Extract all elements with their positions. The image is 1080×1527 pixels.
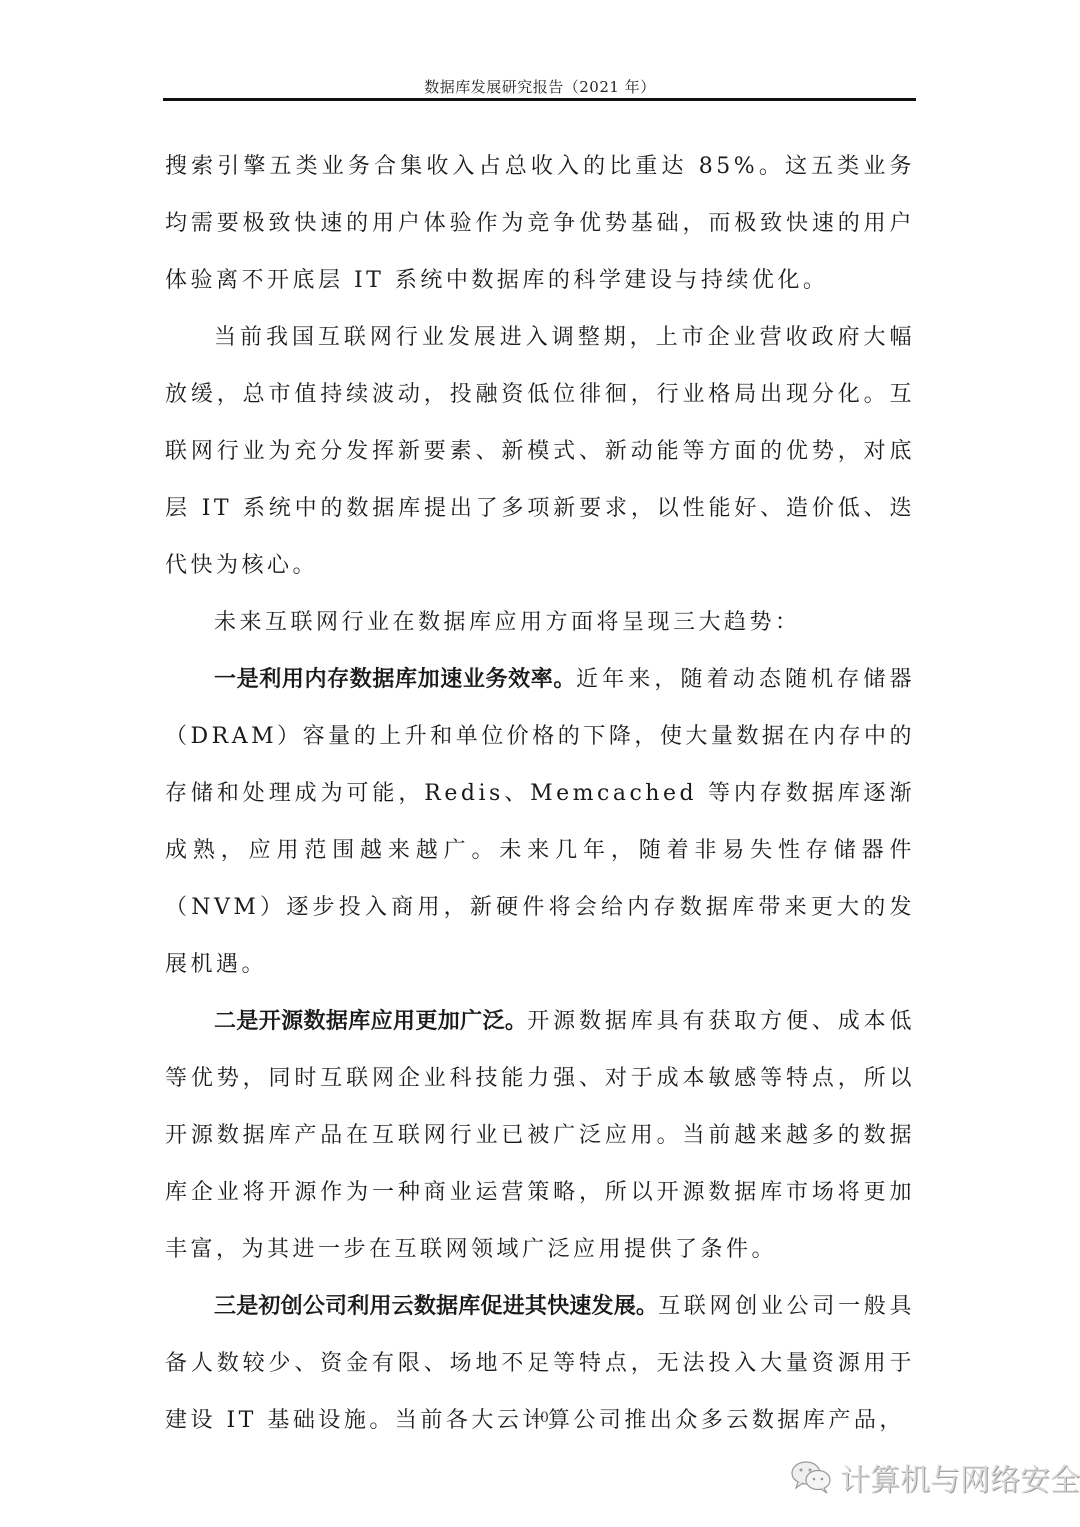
running-header-title: 数据库发展研究报告（2021 年） — [0, 76, 1080, 97]
paragraph-1: 搜索引擎五类业务合集收入占总收入的比重达 85%。这五类业务均需要极致快速的用户… — [165, 138, 915, 309]
wechat-icon — [790, 1460, 834, 1494]
paragraph-text: 未来互联网行业在数据库应用方面将呈现三大趋势： — [214, 610, 801, 635]
watermark: 计算机与网络安全 — [790, 1455, 1080, 1499]
watermark-text: 计算机与网络安全 — [840, 1455, 1080, 1499]
paragraph-text: 开源数据库具有获取方便、成本低等优势，同时互联网企业科技能力强、对于成本敏感等特… — [165, 1009, 915, 1262]
paragraph-3: 未来互联网行业在数据库应用方面将呈现三大趋势： — [165, 594, 915, 651]
paragraph-text: 当前我国互联网行业发展进入调整期，上市企业营收政府大幅放缓，总市值持续波动，投融… — [165, 325, 915, 578]
document-body: 搜索引擎五类业务合集收入占总收入的比重达 85%。这五类业务均需要极致快速的用户… — [165, 138, 915, 1449]
paragraph-2: 当前我国互联网行业发展进入调整期，上市企业营收政府大幅放缓，总市值持续波动，投融… — [165, 309, 915, 594]
paragraph-text: 近年来，随着动态随机存储器（DRAM）容量的上升和单位价格的下降，使大量数据在内… — [165, 667, 915, 977]
trend-heading: 一是利用内存数据库加速业务效率。 — [214, 667, 576, 692]
trend-heading: 二是开源数据库应用更加广泛。 — [214, 1009, 527, 1034]
paragraph-trend-1: 一是利用内存数据库加速业务效率。近年来，随着动态随机存储器（DRAM）容量的上升… — [165, 651, 915, 993]
header-divider — [163, 98, 916, 101]
page-number: 40 — [0, 1410, 1080, 1426]
trend-heading: 三是初创公司利用云数据库促进其快速发展。 — [214, 1294, 658, 1319]
paragraph-trend-2: 二是开源数据库应用更加广泛。开源数据库具有获取方便、成本低等优势，同时互联网企业… — [165, 993, 915, 1278]
paragraph-text: 搜索引擎五类业务合集收入占总收入的比重达 85%。这五类业务均需要极致快速的用户… — [165, 154, 915, 293]
